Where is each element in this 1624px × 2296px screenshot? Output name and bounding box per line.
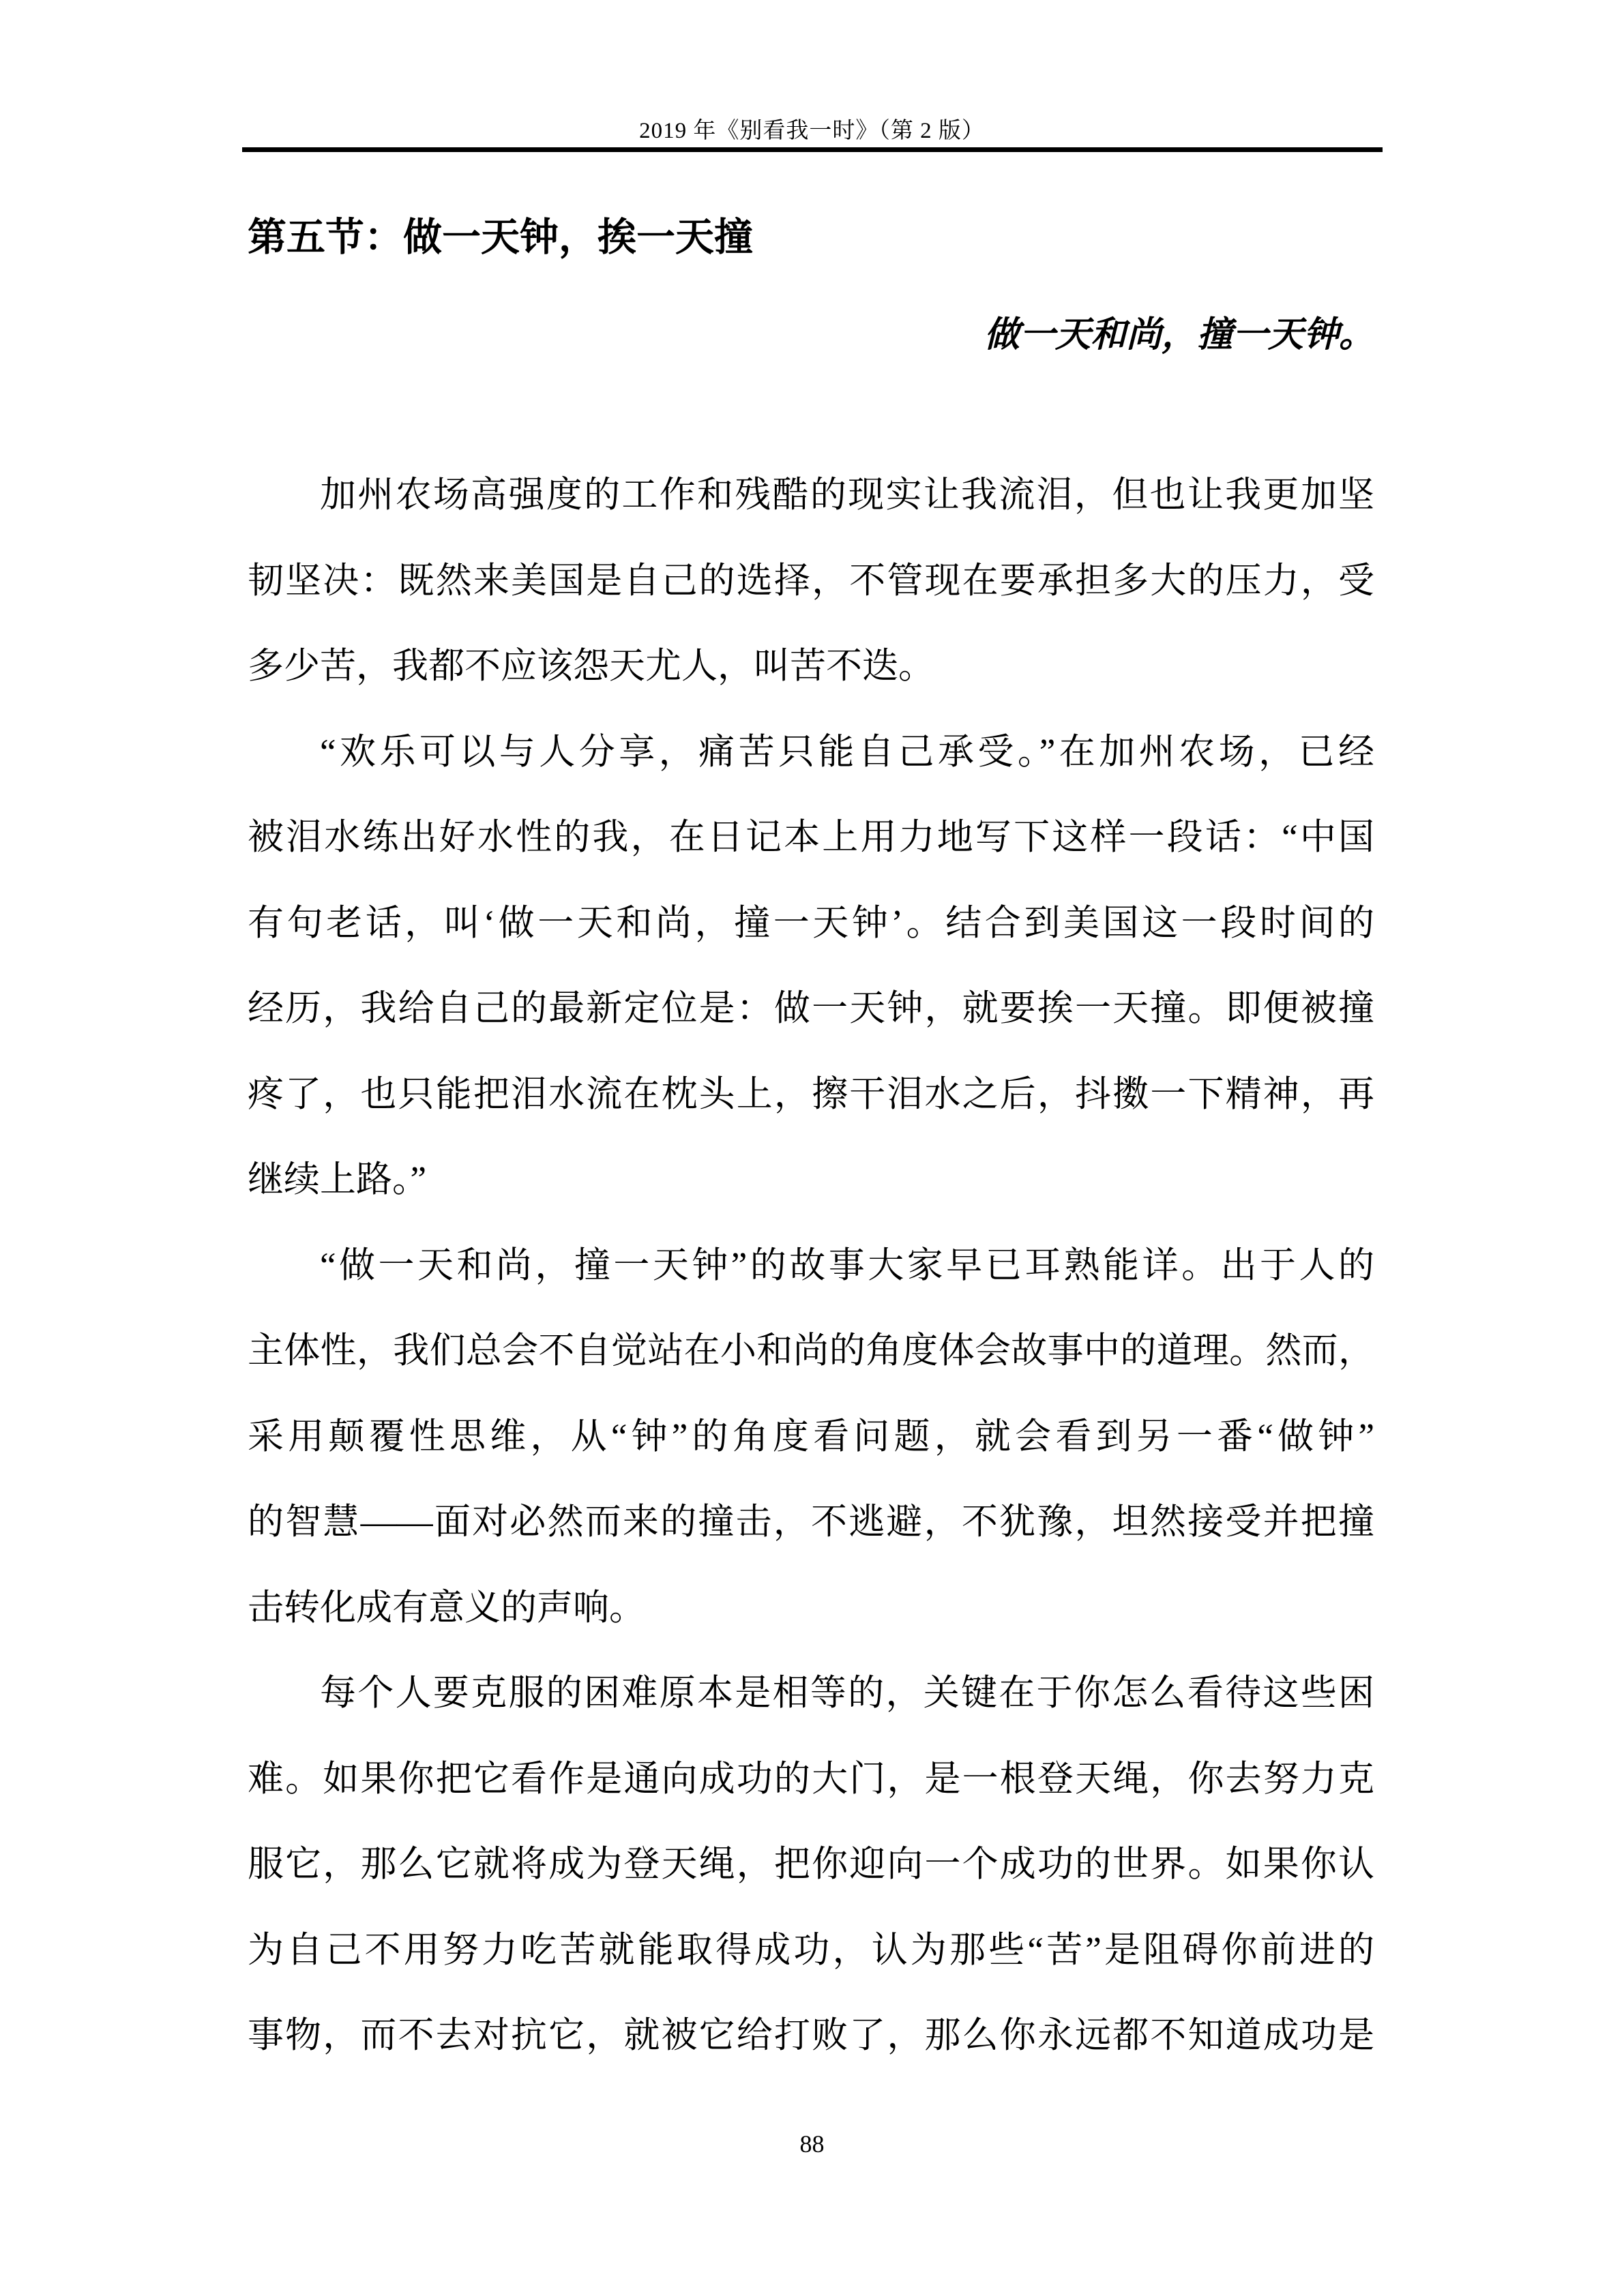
paragraph-line: 难。如果你把它看作是通向成功的大门，是一根登天绳，你去努力克 — [248, 1737, 1374, 1823]
paragraph-line: 的智慧——面对必然而来的撞击，不逃避，不犹豫，坦然接受并把撞 — [248, 1480, 1374, 1566]
paragraph-line: 主体性，我们总会不自觉站在小和尚的角度体会故事中的道理。然而， — [248, 1309, 1374, 1395]
paragraph: 每个人要克服的困难原本是相等的，关键在于你怎么看待这些困 难。如果你把它看作是通… — [248, 1651, 1374, 2079]
paragraph-line: 加州农场高强度的工作和残酷的现实让我流泪，但也让我更加坚 — [248, 453, 1374, 539]
paragraph-line: “做一天和尚，撞一天钟”的故事大家早已耳熟能详。出于人的 — [248, 1223, 1374, 1309]
paragraph-line: 多少苦，我都不应该怨天尤人，叫苦不迭。 — [248, 624, 1374, 710]
paragraph-line: 服它，那么它就将成为登天绳，把你迎向一个成功的世界。如果你认 — [248, 1822, 1374, 1908]
paragraph: 加州农场高强度的工作和残酷的现实让我流泪，但也让我更加坚 韧坚决：既然来美国是自… — [248, 453, 1374, 710]
paragraph-line: 韧坚决：既然来美国是自己的选择，不管现在要承担多大的压力，受 — [248, 539, 1374, 625]
header-rule — [242, 147, 1383, 152]
paragraph-line: 继续上路。” — [248, 1137, 1374, 1223]
body-text: 加州农场高强度的工作和残酷的现实让我流泪，但也让我更加坚 韧坚决：既然来美国是自… — [248, 453, 1374, 2079]
paragraph-line: 采用颠覆性思维，从“钟”的角度看问题，就会看到另一番“做钟” — [248, 1395, 1374, 1480]
paragraph-line: 被泪水练出好水性的我，在日记本上用力地写下这样一段话：“中国 — [248, 795, 1374, 881]
section-title: 第五节：做一天钟，挨一天撞 — [248, 214, 753, 262]
document-page: 2019 年《别看我一时》（第 2 版） 第五节：做一天钟，挨一天撞 做一天和尚… — [0, 0, 1624, 2296]
paragraph-line: 事物，而不去对抗它，就被它给打败了，那么你永远都不知道成功是 — [248, 1993, 1374, 2079]
paragraph-line: 每个人要克服的困难原本是相等的，关键在于你怎么看待这些困 — [248, 1651, 1374, 1737]
paragraph-line: “欢乐可以与人分享，痛苦只能自己承受。”在加州农场，已经 — [248, 710, 1374, 796]
paragraph-line: 经历，我给自己的最新定位是：做一天钟，就要挨一天撞。即便被撞 — [248, 966, 1374, 1052]
paragraph-line: 为自己不用努力吃苦就能取得成功，认为那些“苦”是阻碍你前进的 — [248, 1908, 1374, 1994]
page-number: 88 — [0, 2132, 1624, 2156]
running-header: 2019 年《别看我一时》（第 2 版） — [0, 120, 1624, 143]
paragraph-line: 击转化成有意义的声响。 — [248, 1566, 1374, 1652]
epigraph-quote: 做一天和尚，撞一天钟。 — [248, 305, 1374, 366]
paragraph: “欢乐可以与人分享，痛苦只能自己承受。”在加州农场，已经 被泪水练出好水性的我，… — [248, 710, 1374, 1223]
paragraph-line: 疼了，也只能把泪水流在枕头上，擦干泪水之后，抖擞一下精神，再 — [248, 1052, 1374, 1138]
paragraph-line: 有句老话，叫‘做一天和尚，撞一天钟’。结合到美国这一段时间的 — [248, 881, 1374, 967]
paragraph: “做一天和尚，撞一天钟”的故事大家早已耳熟能详。出于人的 主体性，我们总会不自觉… — [248, 1223, 1374, 1652]
